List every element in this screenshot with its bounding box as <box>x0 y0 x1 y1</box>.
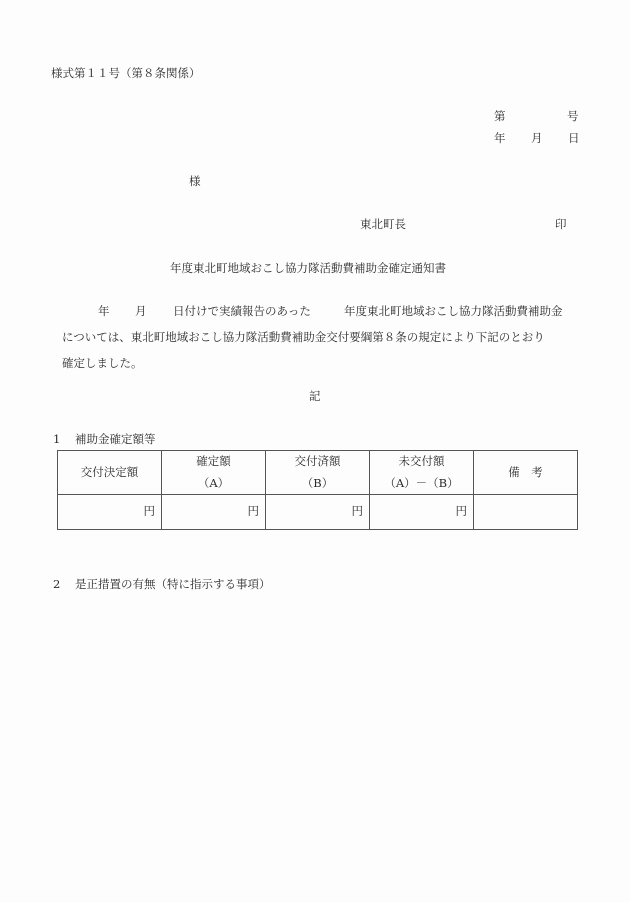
date-month: 月 <box>531 133 543 145</box>
subsidy-amounts-table: 交付決定額 確定額 （A） 交付済額 （B） 未交付額 （A）－（B） 備 考 … <box>57 450 578 530</box>
header-decided-amount: 交付決定額 <box>58 451 162 495</box>
section-2-number: 2 <box>53 579 60 591</box>
number-suffix: 号 <box>567 111 579 123</box>
section-2-title: 是正措置の有無（特に指示する事項） <box>75 579 271 591</box>
body-line-3: 確定しました。 <box>62 350 582 376</box>
cell-remarks <box>474 495 578 530</box>
date-year: 年 <box>494 133 506 145</box>
header-confirmed-amount: 確定額 （A） <box>162 451 266 495</box>
date-day: 日 <box>568 133 580 145</box>
ki-marker: 記 <box>309 391 321 403</box>
body-line-2: については、東北町地域おこし協力隊活動費補助金交付要綱第８条の規定により下記のと… <box>62 324 582 350</box>
section-1-title: 補助金確定額等 <box>75 434 156 446</box>
body-text-2: 年度東北町地域おこし協力隊活動費補助金 <box>344 298 563 324</box>
header-remarks: 備 考 <box>474 451 578 495</box>
cell-decided-amount: 円 <box>58 495 162 530</box>
cell-unpaid-amount: 円 <box>370 495 474 530</box>
body-month: 月 <box>135 298 147 324</box>
body-year: 年 <box>98 298 110 324</box>
table-row: 円 円 円 円 <box>58 495 578 530</box>
form-label: 様式第１１号（第８条関係） <box>51 68 201 80</box>
seal-mark: 印 <box>555 219 567 231</box>
number-prefix: 第 <box>494 111 506 123</box>
section-1-number: 1 <box>53 434 60 446</box>
header-unpaid-amount: 未交付額 （A）－（B） <box>370 451 474 495</box>
header-paid-amount: 交付済額 （B） <box>266 451 370 495</box>
cell-confirmed-amount: 円 <box>162 495 266 530</box>
body-paragraph: 年 月 日付けで実績報告のあった 年度東北町地域おこし協力隊活動費補助金 につい… <box>62 298 582 376</box>
body-text-1: 日付けで実績報告のあった <box>173 298 311 324</box>
cell-paid-amount: 円 <box>266 495 370 530</box>
document-title: 年度東北町地域おこし協力隊活動費補助金確定通知書 <box>170 263 446 275</box>
table-header-row: 交付決定額 確定額 （A） 交付済額 （B） 未交付額 （A）－（B） 備 考 <box>58 451 578 495</box>
issuer-name: 東北町長 <box>360 219 406 231</box>
addressee-honorific: 様 <box>189 176 201 188</box>
